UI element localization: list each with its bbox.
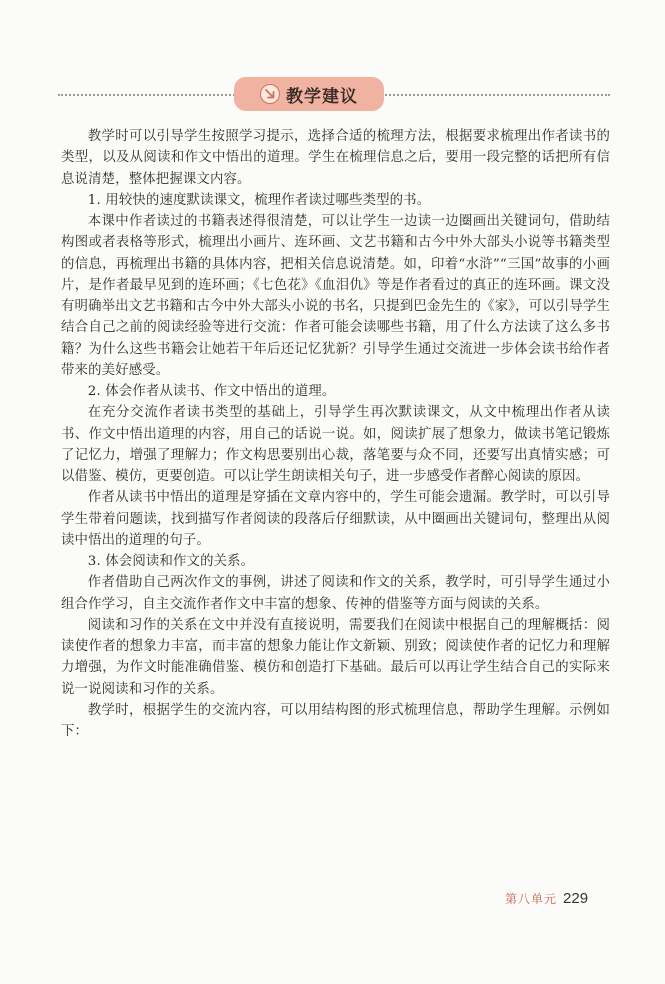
paragraph-books: 本课中作者读过的书籍表述得很清楚，可以让学生一边读一边圈画出关键词句，借助结构图… <box>61 211 610 381</box>
arrow-down-right-circle-icon <box>260 84 280 104</box>
body-text: 教学时可以引导学生按照学习提示，选择合适的梳理方法，根据要求梳理出作者读书的类型… <box>61 126 610 742</box>
paragraph-lessons: 在充分交流作者读书类型的基础上，引导学生再次默读课文，从文中梳理出作者从读书、作… <box>61 402 610 487</box>
paragraph-examples: 作者借助自己两次作文的事例，讲述了阅读和作文的关系，教学时，可引导学生通过小组合… <box>61 572 610 615</box>
page-number: 229 <box>563 890 588 907</box>
section-banner: 教学建议 <box>234 77 384 111</box>
list-item-1: 1. 用较快的速度默读课文，梳理作者读过哪些类型的书。 <box>61 190 610 211</box>
list-item-2: 2. 体会作者从读书、作文中悟出的道理。 <box>61 381 610 402</box>
paragraph-relationship: 阅读和习作的关系在文中并没有直接说明，需要我们在阅读中根据自己的理解概括：阅读使… <box>61 615 610 700</box>
paragraph-diagram-intro: 教学时，根据学生的交流内容，可以用结构图的形式梳理信息，帮助学生理解。示例如下： <box>61 700 610 743</box>
paragraph-omission: 作者从读书中悟出的道理是穿插在文章内容中的，学生可能会遗漏。教学时，可以引导学生… <box>61 487 610 551</box>
paragraph-intro: 教学时可以引导学生按照学习提示，选择合适的梳理方法，根据要求梳理出作者读书的类型… <box>61 126 610 190</box>
unit-label: 第八单元 <box>505 890 557 907</box>
section-title: 教学建议 <box>286 82 358 107</box>
list-item-3: 3. 体会阅读和作文的关系。 <box>61 551 610 572</box>
page-footer: 第八单元 229 <box>505 890 588 907</box>
